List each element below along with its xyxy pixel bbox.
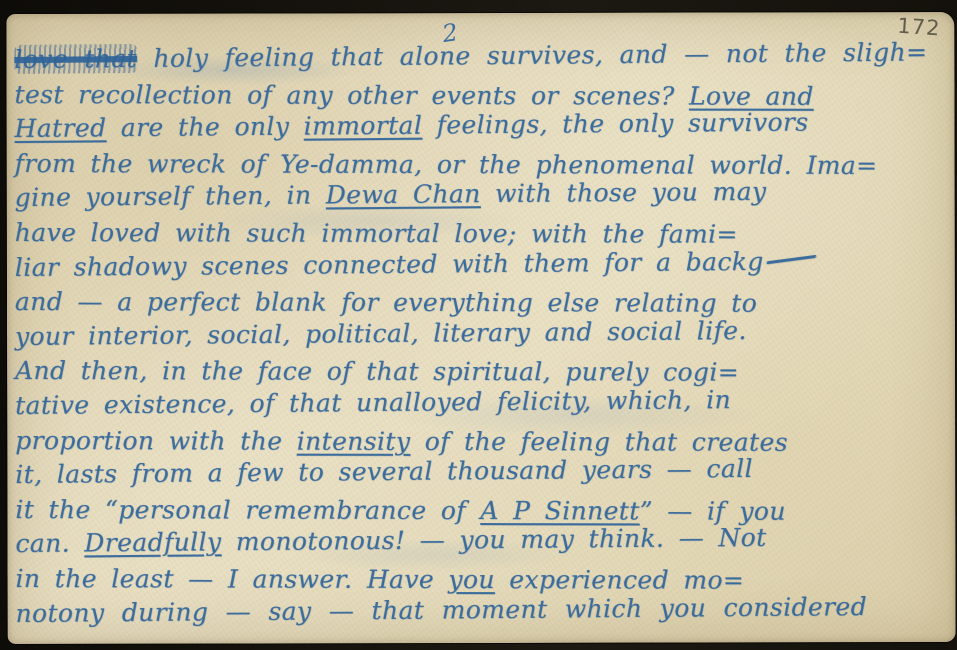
underlined-text-segment: A P Sinnett <box>480 496 639 525</box>
underlined-text-segment: intensity <box>297 426 411 455</box>
text-segment: experienced mo= <box>495 565 744 595</box>
manuscript-line: tative existence, of that unalloyed feli… <box>15 381 949 423</box>
underlined-text-segment: you <box>448 565 495 594</box>
underlined-text-segment: Hatred <box>14 113 106 143</box>
text-segment: are the only <box>106 112 303 143</box>
text-segment: notony during — say — that moment which … <box>15 591 867 627</box>
text-segment: — <box>762 237 822 279</box>
struck-text-segment: love that <box>14 44 137 74</box>
text-segment: test recollection of any other events or… <box>14 80 689 111</box>
scan-backdrop: 2 172 love that holy feeling that alone … <box>0 0 957 650</box>
manuscript-line: Hatred are the only immortal feelings, t… <box>14 105 948 147</box>
text-segment: and — a perfect blank for everything els… <box>15 287 757 318</box>
manuscript-line: love that holy feeling that alone surviv… <box>14 35 948 77</box>
manuscript-text: love that holy feeling that alone surviv… <box>14 41 949 644</box>
text-segment: feelings, the only survivors <box>422 108 809 140</box>
manuscript-line: can. Dreadfully monotonous! — you may th… <box>15 520 949 562</box>
text-segment: can. <box>15 529 84 559</box>
underlined-text-segment: Dreadfully <box>84 528 221 558</box>
manuscript-page: 2 172 love that holy feeling that alone … <box>6 12 955 644</box>
manuscript-line: gine yourself then, in Dewa Chan with th… <box>15 174 949 216</box>
underlined-text-segment: immortal <box>304 111 423 141</box>
underlined-text-segment: Dewa Chan <box>326 180 481 210</box>
text-segment: And then, in the face of that spiritual,… <box>15 356 739 387</box>
text-segment: proportion with the <box>15 426 297 456</box>
manuscript-line: notony during — say — that moment which … <box>15 589 949 631</box>
text-segment: liar shadowy scenes connected with them … <box>15 246 764 281</box>
text-segment: with those you may <box>481 177 767 208</box>
text-segment: it, lasts from a few to several thousand… <box>15 454 753 489</box>
text-segment: monotonous! — you may think. — Not <box>221 523 766 556</box>
text-segment: in the least — I answer. Have <box>15 564 448 594</box>
manuscript-line: liar shadowy scenes connected with them … <box>15 243 949 285</box>
text-segment: your interior, social, political, litera… <box>15 316 747 351</box>
manuscript-line: your interior, social, political, litera… <box>15 312 949 354</box>
text-segment: have loved with such immortal love; with… <box>15 218 738 249</box>
text-segment: it the “personal remembrance of <box>15 495 480 525</box>
text-segment: tative existence, of that unalloyed feli… <box>15 385 731 420</box>
text-segment: gine yourself then, in <box>15 181 326 213</box>
manuscript-line: it, lasts from a few to several thousand… <box>15 450 949 492</box>
text-segment: holy feeling that alone survives, and — … <box>137 37 928 72</box>
